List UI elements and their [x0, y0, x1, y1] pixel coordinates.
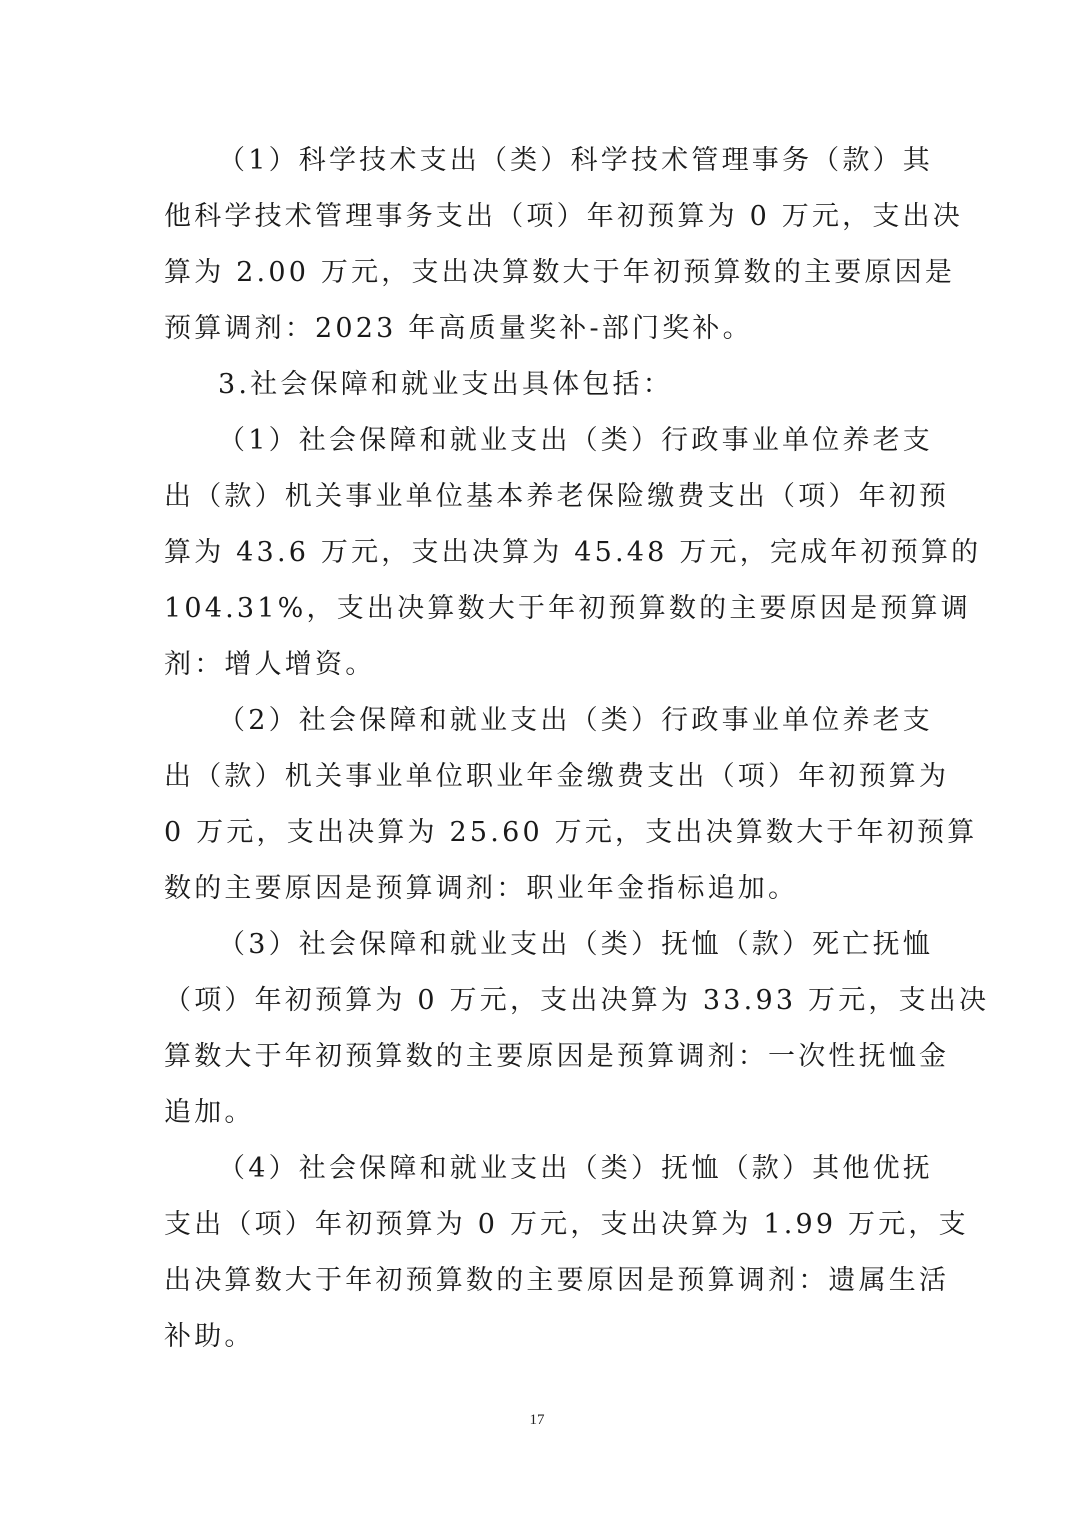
paragraph-line: 他科学技术管理事务支出（项）年初预算为 0 万元，支出决: [164, 197, 912, 237]
paragraph-line: 剂：增人增资。: [164, 645, 912, 685]
paragraph-line: 算为 43.6 万元，支出决算为 45.48 万元，完成年初预算的: [164, 533, 912, 573]
paragraph-line: 支出（项）年初预算为 0 万元，支出决算为 1.99 万元，支: [164, 1205, 912, 1245]
page-number: 17: [0, 1412, 1074, 1429]
paragraph-line: 出（款）机关事业单位基本养老保险缴费支出（项）年初预: [164, 477, 912, 517]
paragraph-line: 预算调剂：2023 年高质量奖补-部门奖补。: [164, 309, 912, 349]
paragraph-line: （2）社会保障和就业支出（类）行政事业单位养老支: [218, 701, 912, 741]
paragraph-line: 0 万元，支出决算为 25.60 万元，支出决算数大于年初预算: [164, 813, 912, 853]
paragraph-line: （1）科学技术支出（类）科学技术管理事务（款）其: [218, 141, 912, 181]
paragraph-line: 补助。: [164, 1317, 912, 1357]
paragraph-line: （项）年初预算为 0 万元，支出决算为 33.93 万元，支出决: [164, 981, 912, 1021]
paragraph-line: 出决算数大于年初预算数的主要原因是预算调剂：遗属生活: [164, 1261, 912, 1301]
paragraph-line: （4）社会保障和就业支出（类）抚恤（款）其他优抚: [218, 1149, 912, 1189]
paragraph-line: 104.31%，支出决算数大于年初预算数的主要原因是预算调: [164, 589, 912, 629]
paragraph-line: （3）社会保障和就业支出（类）抚恤（款）死亡抚恤: [218, 925, 912, 965]
paragraph-line: 数的主要原因是预算调剂：职业年金指标追加。: [164, 869, 912, 909]
document-page: （1）科学技术支出（类）科学技术管理事务（款）其 他科学技术管理事务支出（项）年…: [0, 0, 1074, 1520]
paragraph-line: （1）社会保障和就业支出（类）行政事业单位养老支: [218, 421, 912, 461]
paragraph-line: 算为 2.00 万元，支出决算数大于年初预算数的主要原因是: [164, 253, 912, 293]
paragraph-line: 追加。: [164, 1093, 912, 1133]
paragraph-line: 出（款）机关事业单位职业年金缴费支出（项）年初预算为: [164, 757, 912, 797]
paragraph-line: 算数大于年初预算数的主要原因是预算调剂：一次性抚恤金: [164, 1037, 912, 1077]
section-heading: 3.社会保障和就业支出具体包括：: [218, 365, 912, 405]
